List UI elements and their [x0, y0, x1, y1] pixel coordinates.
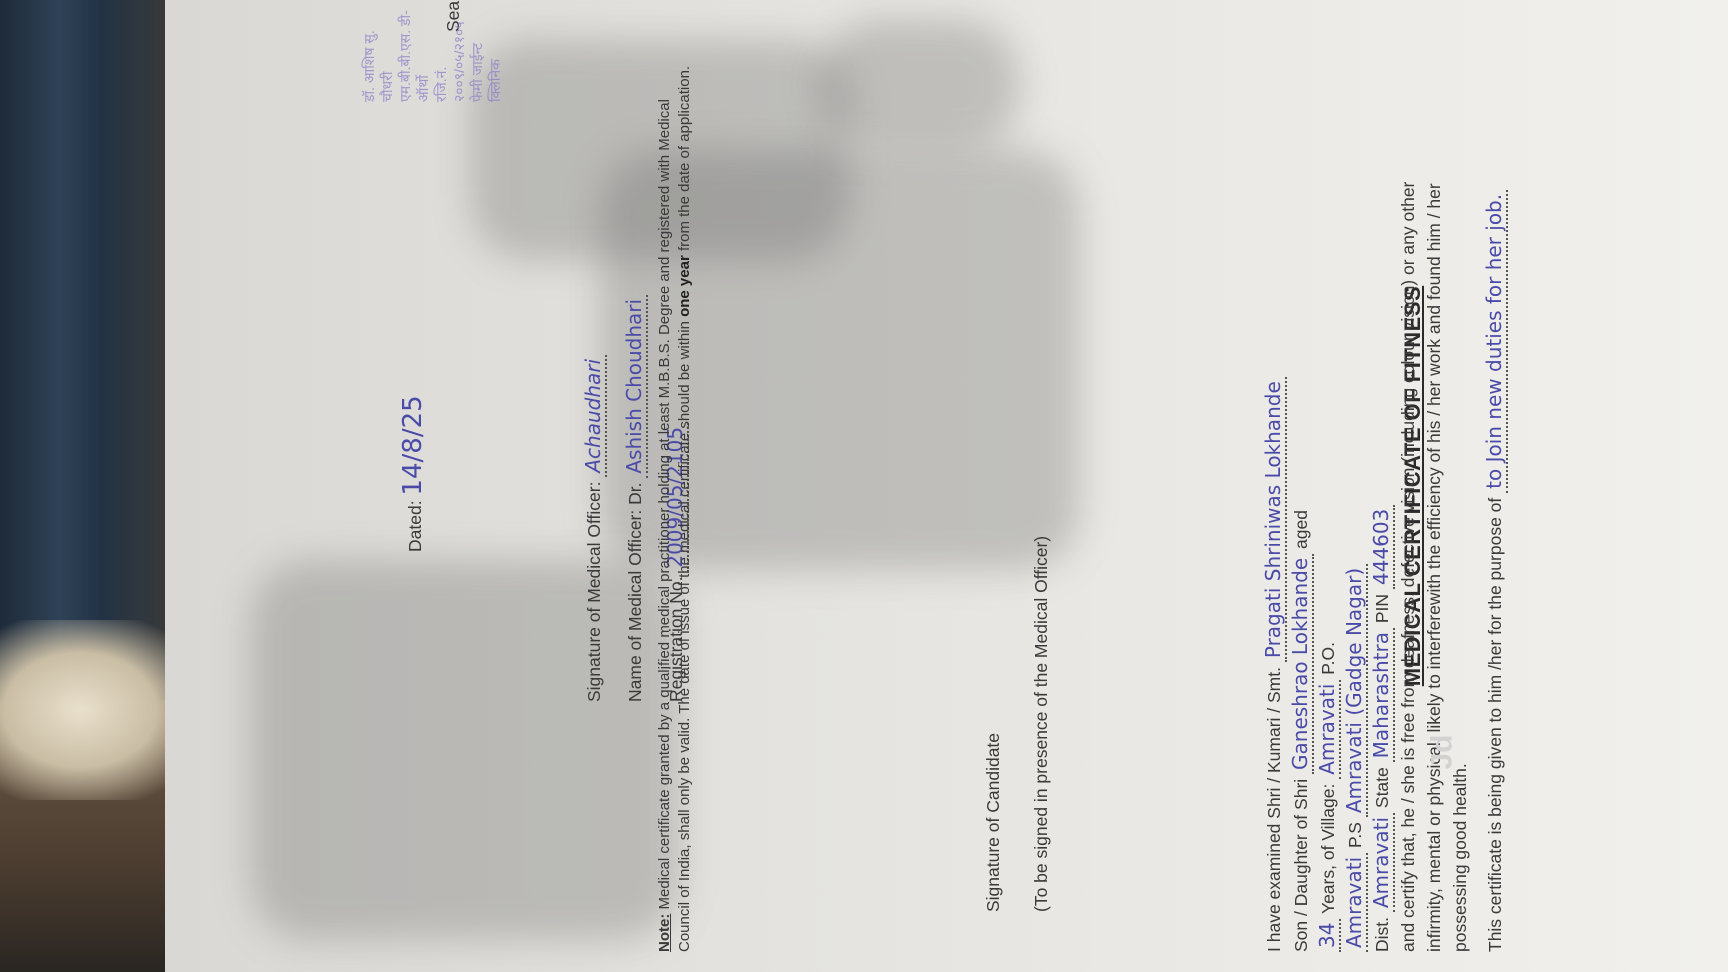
note-label: Note: — [656, 914, 673, 952]
dated-section: Dated: 14/8/25 — [400, 352, 428, 552]
stamp-line: डॉ. आशिष सु. चौधरी — [360, 0, 396, 102]
note-section: Note: Medical certificate granted by a q… — [655, 62, 695, 952]
stamp-line: रजि.नं. २००९/०५/२१०५ — [432, 0, 468, 102]
officer-name-label: Name of Medical Officer: Dr. — [625, 483, 645, 702]
intro-text: I have examined Shri / Kumari / Smt. — [1264, 667, 1284, 952]
po-label: P.O. — [1318, 642, 1338, 675]
stamp-line: एम.बी.बी.एस. डी-ऑर्थो — [396, 0, 432, 102]
age-value: 34 — [1315, 919, 1341, 952]
po-value: Amravati — [1342, 853, 1368, 952]
dist-label: Dist. — [1372, 917, 1392, 952]
candidate-signature-section: Signature of Candidate (To be signed in … — [980, 132, 1054, 912]
purpose-label: This certificate is being given to him /… — [1485, 498, 1505, 952]
signed-in-presence-note: (To be signed in presence of the Medical… — [1028, 132, 1054, 912]
state-label: State — [1372, 767, 1392, 808]
purpose-value: to Join new duties for her job. — [1482, 190, 1508, 493]
candidate-signature-label: Signature of Candidate — [980, 132, 1006, 912]
years-village-label: Years, of Village: — [1318, 784, 1338, 914]
officer-name: Ashish Choudhari — [622, 295, 648, 478]
certificate-body: I have examined Shri / Kumari / Smt. Pra… — [1260, 172, 1508, 952]
officer-signature: Achaudhari — [581, 355, 607, 477]
ps-value: Amravati (Gadge Nagar) — [1342, 564, 1368, 817]
relation-label: Son / Daughter of Shri — [1291, 779, 1311, 952]
certificate-document: MEDICAL CERTIFICATE OF FITNESS I have ex… — [200, 0, 1530, 972]
state-value: Maharashtra — [1369, 628, 1395, 762]
watermark-logo: Jd — [1426, 734, 1460, 769]
pin-value: 444603 — [1369, 505, 1395, 589]
officer-signature-label: Signature of Medical Officer: — [584, 482, 604, 702]
certify-text: and certify that, he / she is free from … — [1395, 172, 1473, 952]
pin-label: PIN — [1372, 594, 1392, 623]
district-value: Amravati — [1369, 813, 1395, 912]
village-value: Amravati — [1315, 680, 1341, 779]
father-name: Ganeshrao Lokhande — [1288, 554, 1314, 774]
dated-value: 14/8/25 — [398, 395, 428, 495]
stamp-line: फेमी जाईन्ट क्लिनिक — [468, 0, 504, 102]
aged-label: aged — [1291, 510, 1311, 549]
note-bold: one year — [676, 255, 693, 317]
dated-label: Dated: — [405, 500, 425, 552]
doctor-stamp: डॉ. आशिष सु. चौधरी एम.बी.बी.एस. डी-ऑर्थो… — [360, 0, 504, 102]
candidate-name: Pragati Shriniwas Lokhande — [1261, 377, 1287, 662]
ps-label: P.S — [1345, 822, 1365, 848]
note-text-end: from the date of application. — [676, 66, 693, 251]
